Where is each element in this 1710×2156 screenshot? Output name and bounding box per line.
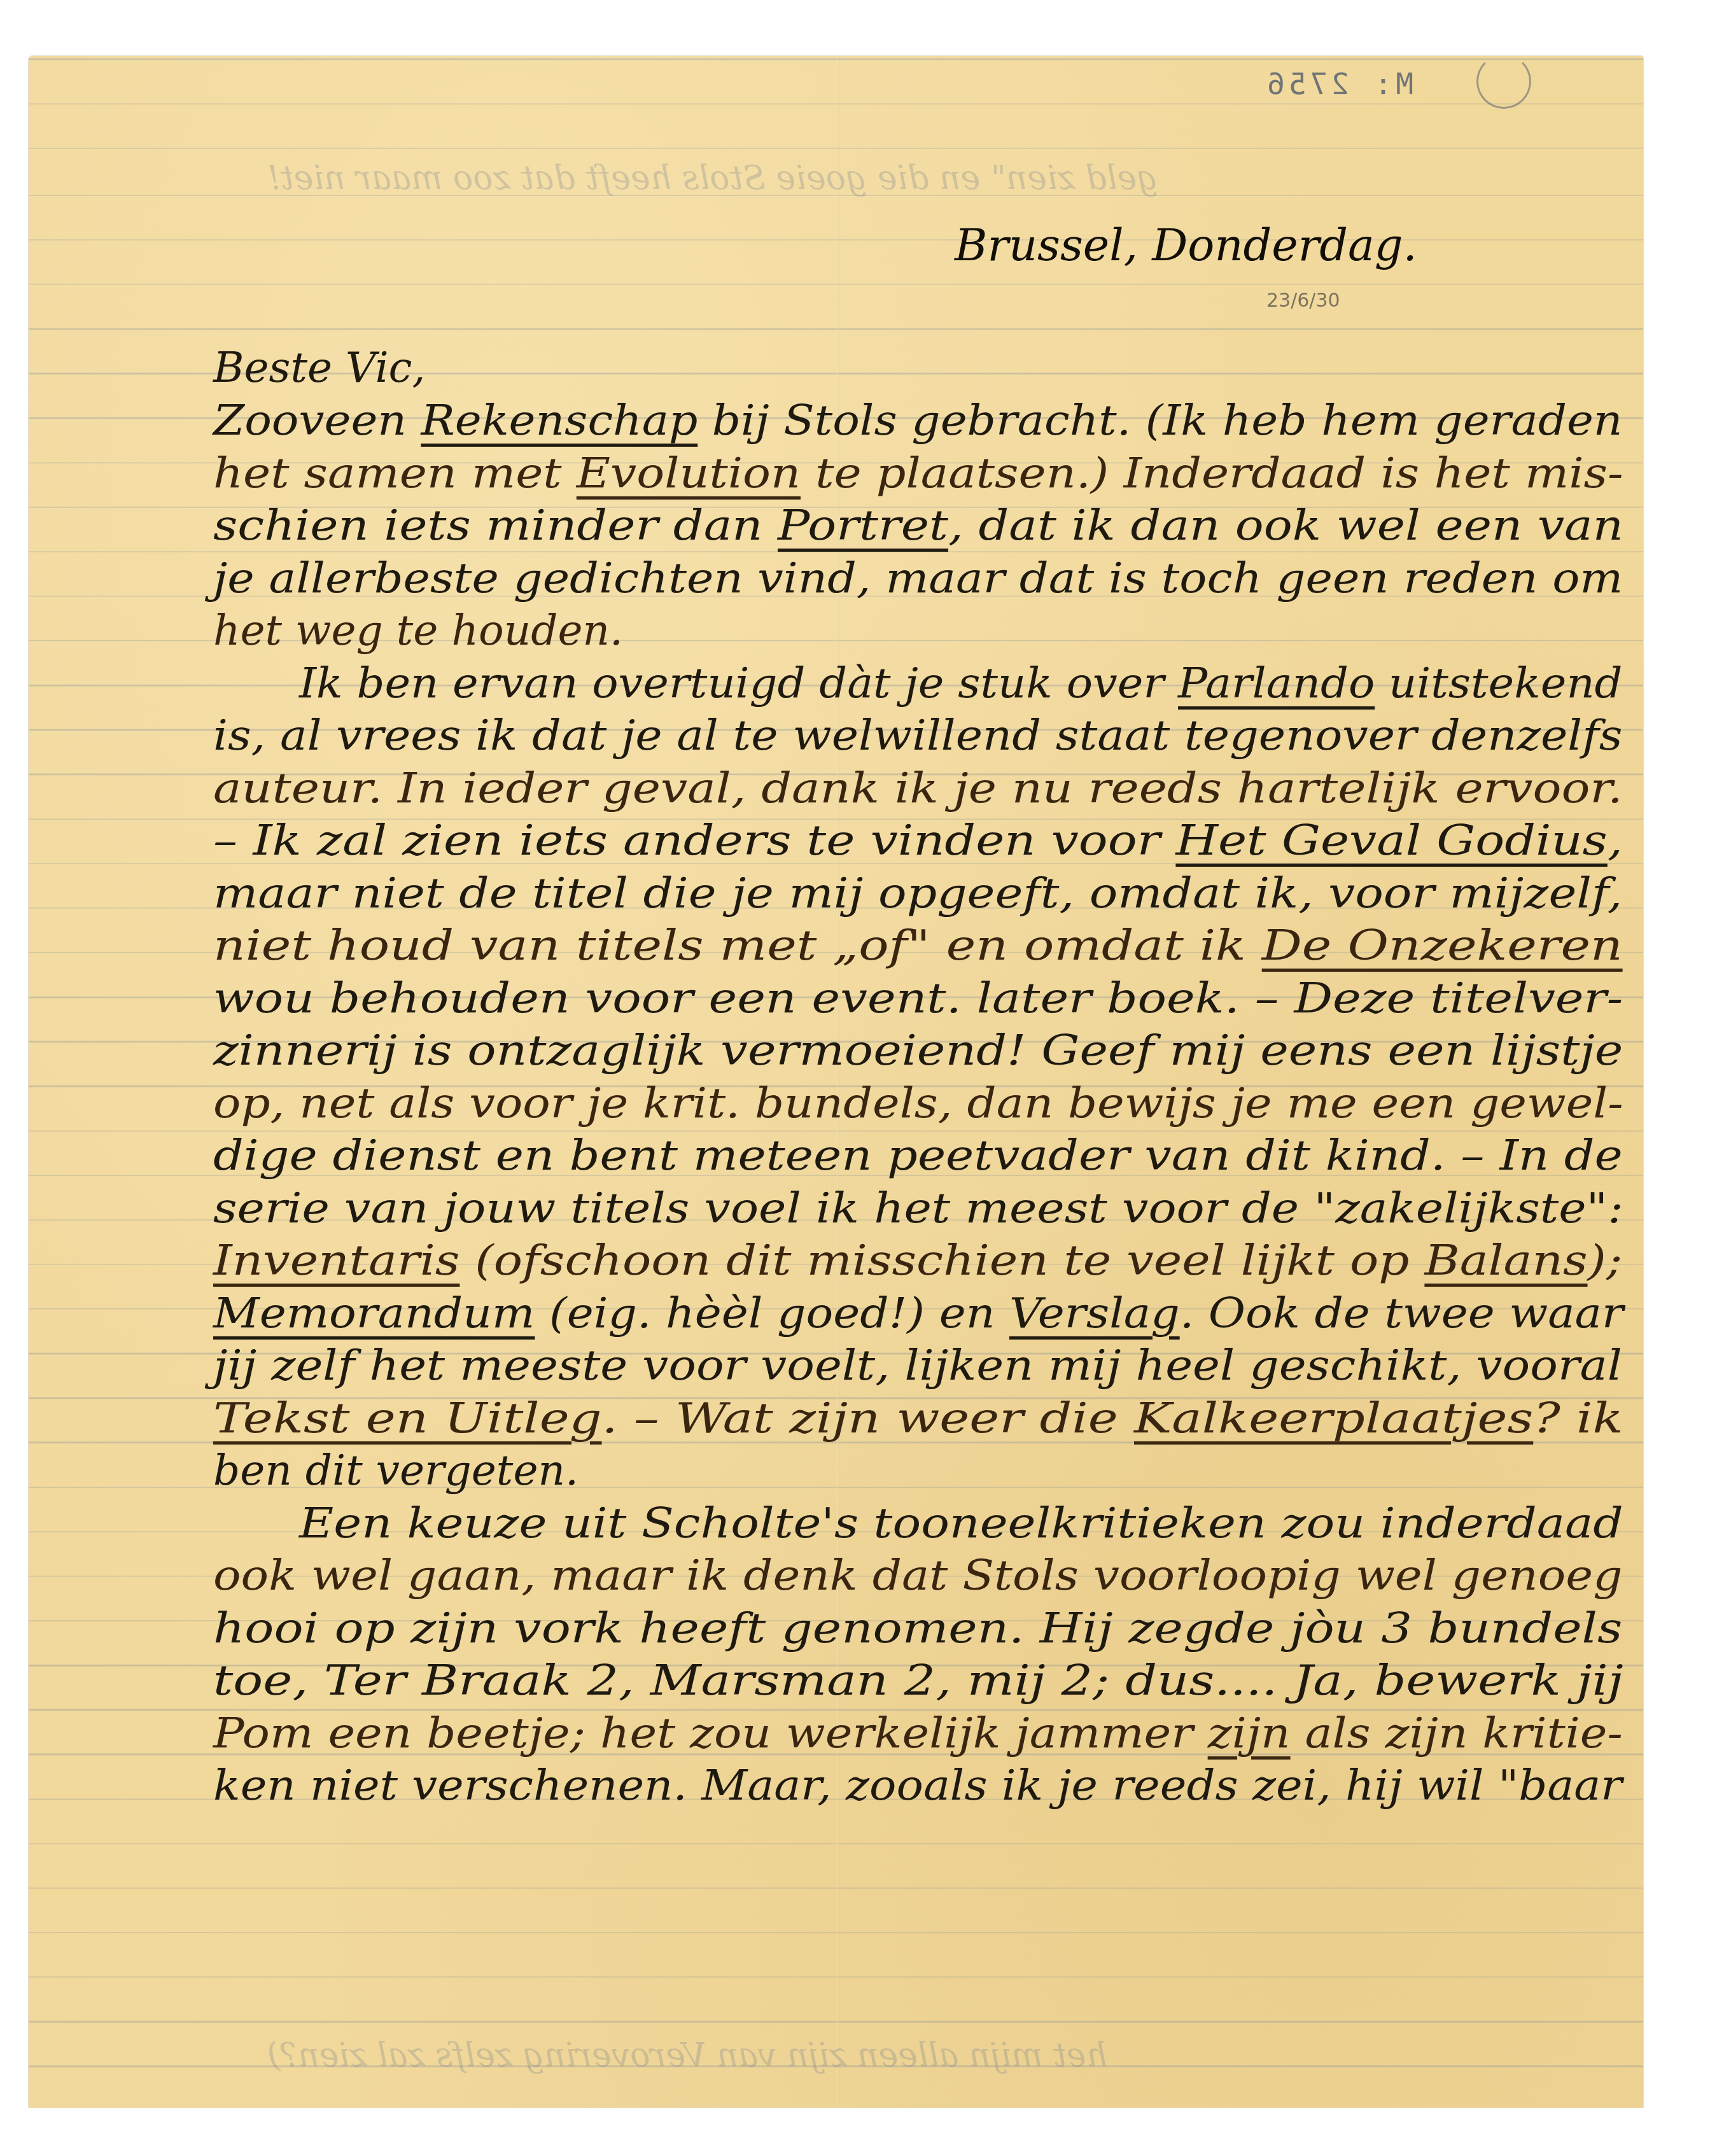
underlined-title: zijn [1208,1709,1291,1758]
underlined-title: Evolution [577,449,801,498]
letter-line: het samen met Evolution te plaatsen.) In… [213,452,1623,494]
pencil-date-note: 23/6/30 [1266,290,1340,312]
letter-line: Zooveen Rekenschap bij Stols gebracht. (… [213,400,1622,442]
letter-line: niet houd van titels met „of" en omdat i… [213,925,1623,967]
letter-line: is, al vrees ik dat je al te welwillend … [213,715,1622,757]
letter-line: ken niet verschenen. Maar, zooals ik je … [213,1765,1622,1807]
letter-line: toe, Ter Braak 2, Marsman 2, mij 2; dus.… [213,1660,1623,1702]
letter-line: ook wel gaan, maar ik denk dat Stols voo… [213,1555,1622,1597]
letter-line: Pom een beetje; het zou werkelijk jammer… [213,1712,1623,1754]
letter-line: zinnerij is ontzaglijk vermoeiend! Geef … [213,1030,1623,1072]
letter-line: auteur. In ieder geval, dank ik je nu re… [213,767,1623,809]
letter-line: je allerbeste gedichten vind, maar dat i… [213,557,1623,599]
letter-line: hooi op zijn vork heeft genomen. Hij zeg… [213,1607,1622,1649]
underlined-title: Balans [1424,1236,1587,1285]
underlined-title: Het Geval Godius [1175,816,1607,865]
letter-line: op, net als voor je krit. bundels, dan b… [213,1082,1623,1124]
letter-line: Ik ben ervan overtuigd dàt je stuk over … [299,662,1623,704]
letter-line: wou behouden voor een event. later boek.… [213,977,1623,1019]
underlined-title: Memorandum [213,1289,535,1338]
letter-line: ben dit vergeten. [213,1450,578,1492]
letter-line: serie van jouw titels voel ik het meest … [213,1187,1623,1229]
letter-line: dige dienst en bent meteen peetvader van… [213,1135,1623,1177]
underlined-title: Parlando [1178,659,1375,708]
letter-line: Memorandum (eig. hèèl goed!) en Verslag.… [213,1292,1623,1334]
letter-line: het weg te houden. [213,610,623,652]
salutation: Beste Vic, [213,347,426,389]
letter-line: Inventaris (ofschoon dit misschien te ve… [213,1240,1622,1282]
letter-line: jij zelf het meeste voor voelt, lijken m… [213,1345,1622,1387]
letter-line: Een keuze uit Scholte's tooneelkritieken… [299,1502,1623,1544]
underlined-title: Kalkeerplaatjes [1134,1394,1533,1443]
letter-line: Tekst en Uitleg. – Wat zijn weer die Kal… [213,1397,1623,1439]
letter-line: schien iets minder dan Portret, dat ik d… [213,505,1623,547]
underlined-title: Portret [778,501,948,550]
underlined-title: Verslag [1009,1289,1180,1338]
bleed-through-text: het mijn alleen zijn van Verovering zelf… [267,2036,1107,2075]
underlined-title: De Onzekeren [1262,921,1623,970]
bleed-through-text: geld zien" en die goeie Stols heeft dat … [267,159,1158,197]
archive-stamp-mark [1476,54,1531,109]
letter-line: – Ik zal zien iets anders te vinden voor… [213,820,1623,862]
underlined-title: Rekenschap [421,396,697,445]
place-date: Brussel, Donderdag. [955,223,1417,267]
underlined-title: Tekst en Uitleg [213,1394,602,1443]
letter-line: maar niet de titel die je mij opgeeft, o… [213,872,1622,914]
underlined-title: Inventaris [213,1236,459,1285]
archive-stamp-number: M: 2756 [1263,67,1413,101]
